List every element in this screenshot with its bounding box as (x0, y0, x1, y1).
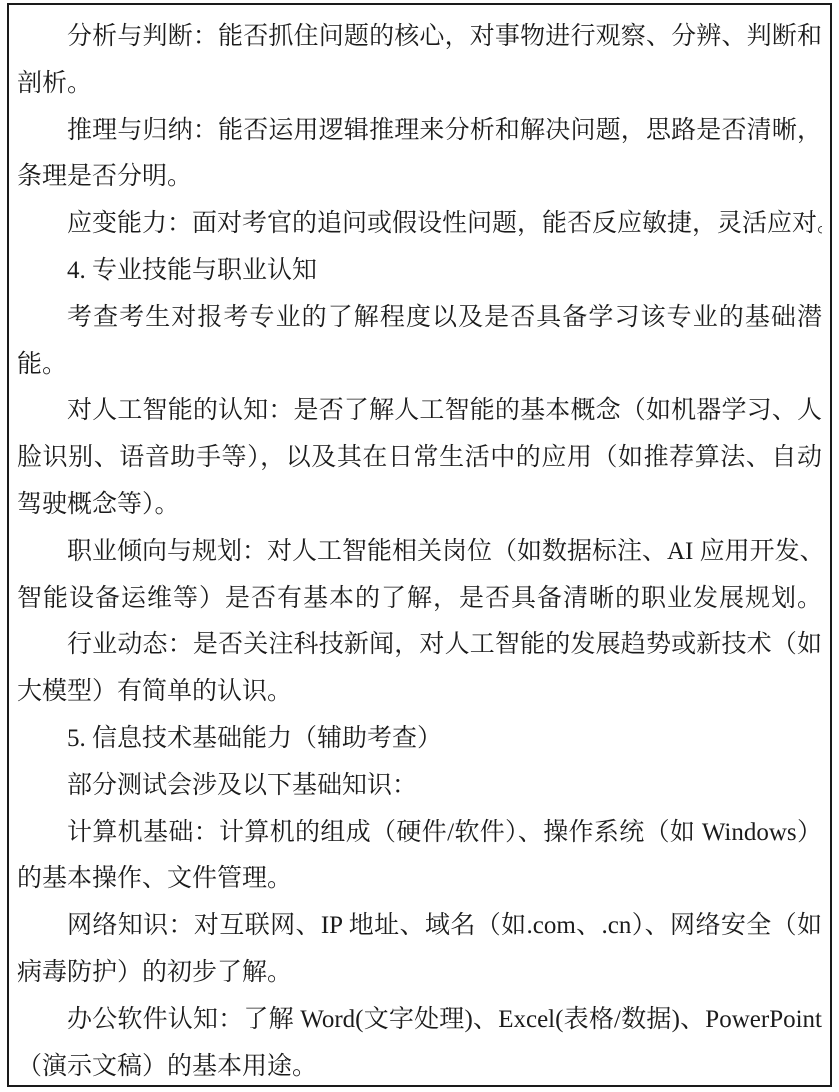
text-line: 对人工智能的认知：是否了解人工智能的基本概念（如机器学习、人 (17, 388, 822, 435)
text-line: 网络知识：对互联网、IP 地址、域名（如.com、.cn）、网络安全（如 (17, 903, 822, 950)
text-line: 脸识别、语音助手等），以及其在日常生活中的应用（如推荐算法、自动 (17, 435, 822, 482)
text-line: 4. 专业技能与职业认知 (17, 248, 822, 295)
text-line: 分析与判断：能否抓住问题的核心，对事物进行观察、分辨、判断和 (17, 14, 822, 61)
text-line: 应变能力：面对考官的追问或假设性问题，能否反应敏捷，灵活应对。 (17, 201, 822, 248)
text-line: （演示文稿）的基本用途。 (17, 1044, 822, 1085)
text-line: 的基本操作、文件管理。 (17, 856, 822, 903)
document-body: 分析与判断：能否抓住问题的核心，对事物进行观察、分辨、判断和剖析。推理与归纳：能… (9, 5, 830, 1085)
text-line: 5. 信息技术基础能力（辅助考查） (17, 716, 822, 763)
text-line: 办公软件认知：了解 Word(文字处理)、Excel(表格/数据)、PowerP… (17, 997, 822, 1044)
document-page: 分析与判断：能否抓住问题的核心，对事物进行观察、分辨、判断和剖析。推理与归纳：能… (0, 0, 839, 1092)
text-line: 大模型）有简单的认识。 (17, 669, 822, 716)
text-line: 考查考生对报考专业的了解程度以及是否具备学习该专业的基础潜 (17, 295, 822, 342)
text-line: 计算机基础：计算机的组成（硬件/软件）、操作系统（如 Windows） (17, 810, 822, 857)
text-line: 行业动态：是否关注科技新闻，对人工智能的发展趋势或新技术（如 (17, 622, 822, 669)
text-line: 职业倾向与规划：对人工智能相关岗位（如数据标注、AI 应用开发、 (17, 529, 822, 576)
text-line: 能。 (17, 342, 822, 389)
text-line: 条理是否分明。 (17, 154, 822, 201)
text-line: 智能设备运维等）是否有基本的了解，是否具备清晰的职业发展规划。 (17, 576, 822, 623)
text-line: 病毒防护）的初步了解。 (17, 950, 822, 997)
text-line: 部分测试会涉及以下基础知识： (17, 763, 822, 810)
text-line: 驾驶概念等）。 (17, 482, 822, 529)
text-line: 推理与归纳：能否运用逻辑推理来分析和解决问题，思路是否清晰， (17, 108, 822, 155)
text-line: 剖析。 (17, 61, 822, 108)
